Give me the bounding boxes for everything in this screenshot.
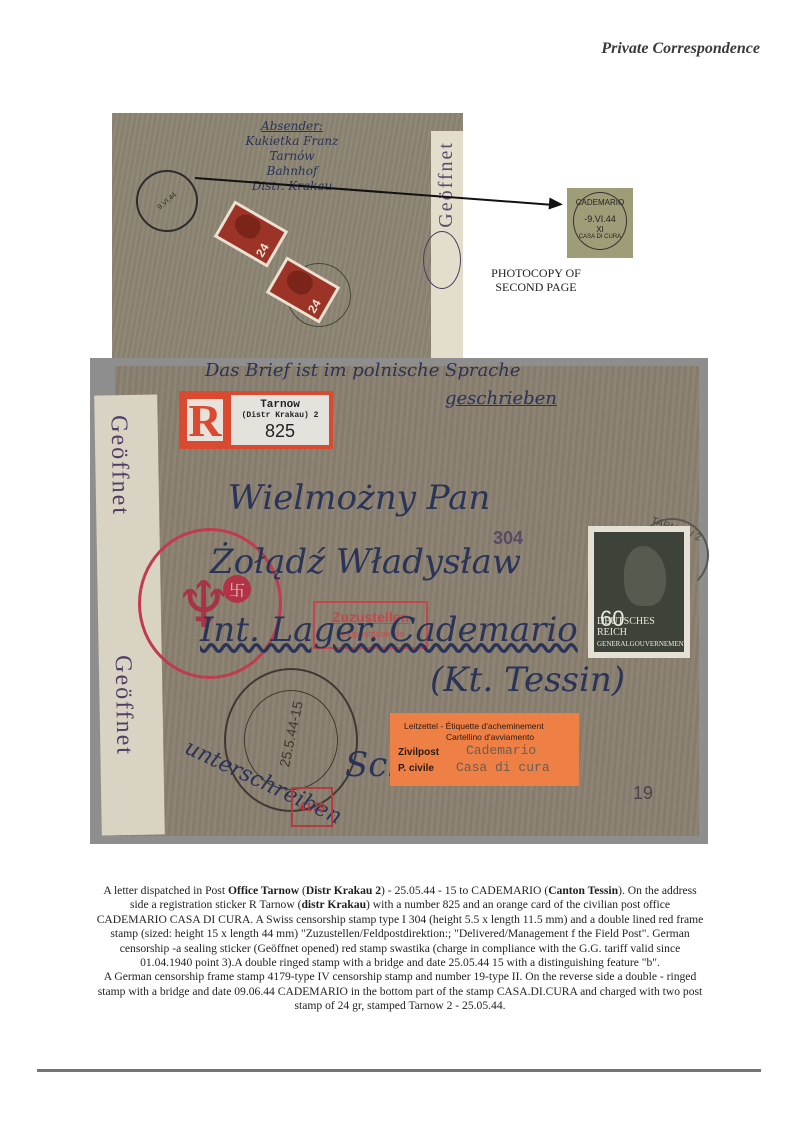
censor-tape-text: Geöffnet bbox=[435, 141, 458, 228]
censor-number-19: 19 bbox=[633, 783, 653, 804]
sender-city: Tarnów bbox=[202, 149, 382, 164]
postmark-date: 9.VI.44 bbox=[156, 191, 177, 211]
photocopy-postmark: CADEMARIO -9.VI.44 XI CASA DI CURA bbox=[567, 188, 633, 258]
registration-label: R Tarnow (Distr Krakau) 2 825 bbox=[179, 391, 333, 449]
routing-label-title: Leitzettel - Étiquette d'acheminement bbox=[404, 721, 544, 731]
routing-label-zivilpost: Zivilpost bbox=[398, 747, 439, 758]
censor-tape-text-2: Geöffnet bbox=[109, 655, 138, 756]
sender-name: Kukietka Franz bbox=[202, 134, 382, 149]
stamp-value: 24 bbox=[253, 241, 272, 260]
registration-office: Tarnow bbox=[231, 399, 329, 411]
registration-letter: R bbox=[187, 399, 223, 441]
page-header-title: Private Correspondence bbox=[601, 40, 760, 58]
caption-line-2: SECOND PAGE bbox=[480, 280, 592, 294]
postage-stamp-60: 60 DEUTSCHES REICH GENERALGOUVERNEMENT bbox=[588, 526, 690, 658]
stamp-territory: GENERALGOUVERNEMENT bbox=[597, 640, 688, 648]
photocopy-caption: PHOTOCOPY OF SECOND PAGE bbox=[480, 266, 592, 294]
sender-address: Absender: Kukietka Franz Tarnów Bahnhof … bbox=[202, 119, 382, 194]
caption-paragraph-2: A German censorship frame stamp 4179-typ… bbox=[95, 970, 705, 1013]
arrow-head-icon bbox=[549, 197, 564, 210]
registration-district: (Distr Krakau) 2 bbox=[231, 411, 329, 420]
ring-bottom-text: CASA DI CURA bbox=[574, 234, 626, 240]
envelope-back-photo: Absender: Kukietka Franz Tarnów Bahnhof … bbox=[112, 113, 475, 358]
sender-street: Bahnhof bbox=[202, 164, 382, 179]
routing-label-facility: Casa di cura bbox=[456, 760, 550, 775]
portrait-icon bbox=[624, 546, 666, 606]
address-line-2: Żołądź Władysław bbox=[210, 542, 521, 582]
censor-frame-4179: 4179 bbox=[291, 787, 333, 827]
caption-paragraph-1: A letter dispatched in Post Office Tarno… bbox=[95, 884, 705, 970]
description-caption: A letter dispatched in Post Office Tarno… bbox=[95, 884, 705, 1014]
orange-routing-label: Leitzettel - Étiquette d'acheminement Ca… bbox=[390, 713, 579, 786]
postage-stamp-24-a: 24 bbox=[214, 200, 289, 267]
page-edge bbox=[463, 113, 475, 358]
stamp-country: DEUTSCHES REICH bbox=[597, 616, 684, 638]
address-line-1: Wielmożny Pan bbox=[228, 478, 490, 518]
caption-line-1: PHOTOCOPY OF bbox=[480, 266, 592, 280]
ring-date: -9.VI.44 bbox=[574, 214, 626, 224]
cademario-postmark: 9.VI.44 bbox=[123, 157, 210, 244]
censor-tape-text: Geöffnet bbox=[105, 415, 134, 516]
routing-label-subtitle: Cartellino d'avviamento bbox=[446, 732, 534, 742]
censor-tape-back: Geöffnet bbox=[431, 131, 463, 358]
routing-label-pcivile: P. civile bbox=[398, 763, 434, 774]
handwritten-note: Das Brief ist im polnische Sprache bbox=[205, 360, 521, 381]
registration-r: R bbox=[183, 395, 231, 445]
sender-heading: Absender: bbox=[202, 119, 382, 134]
routing-label-place: Cademario bbox=[466, 743, 536, 758]
registration-number: 825 bbox=[231, 421, 329, 442]
stamp-value: 24 bbox=[305, 297, 324, 316]
address-line-3: Int. Lager. Cademario bbox=[200, 610, 578, 650]
portrait-icon bbox=[283, 266, 317, 298]
address-line-4: (Kt. Tessin) bbox=[430, 660, 625, 700]
postmark-ring: CADEMARIO -9.VI.44 XI CASA DI CURA bbox=[573, 192, 627, 250]
censor-seal-icon bbox=[423, 231, 461, 289]
ring-code: XI bbox=[574, 225, 626, 234]
handwritten-note-2: geschrieben bbox=[445, 388, 557, 409]
footer-divider bbox=[37, 1069, 761, 1072]
ring-top-text: CADEMARIO bbox=[574, 198, 626, 207]
portrait-icon bbox=[231, 210, 265, 242]
